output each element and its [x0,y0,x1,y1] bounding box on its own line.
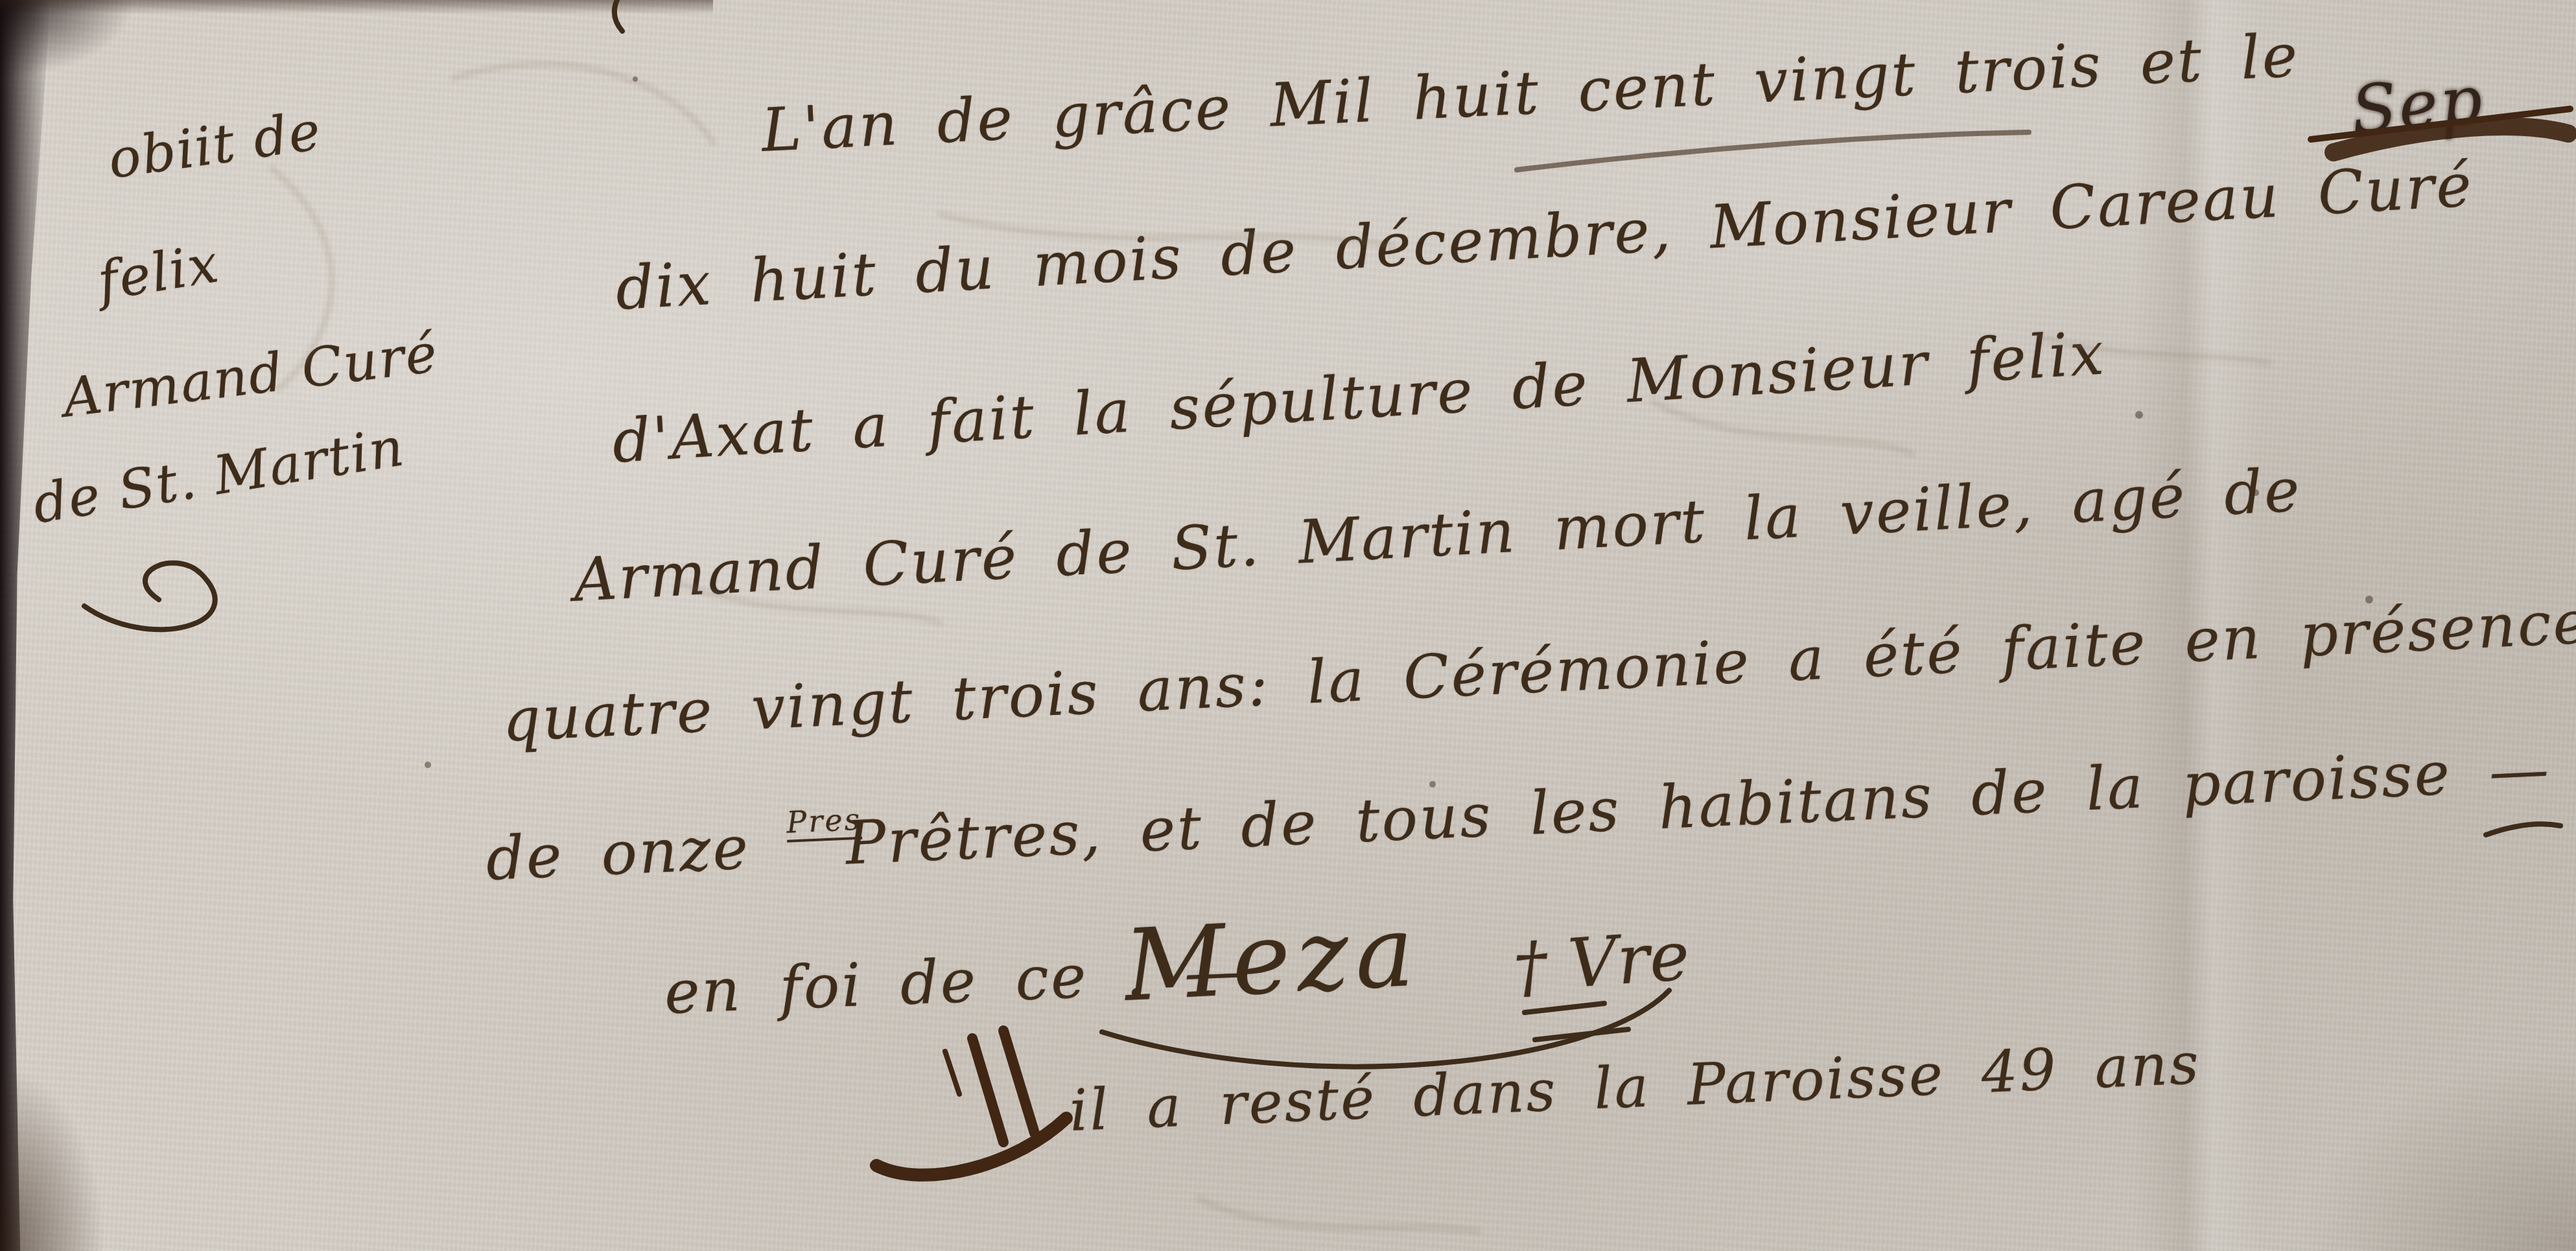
line6-dash [2486,824,2560,835]
line1-ink-drag [1517,132,2029,170]
margin-flourish [84,563,215,629]
signature-underline [1102,990,1669,1067]
pen-flourishes [84,0,2560,1067]
bottom-left-slash-1 [972,1038,1003,1142]
ink-flourishes [0,0,2576,1251]
heavy-ink-marks [876,109,2570,1175]
document-photo: obiit de felix Armand Curé de St. Martin… [0,0,2576,1251]
vre-underline [1525,1003,1604,1012]
bottom-left-tick [945,1051,959,1094]
bottom-left-slash-2 [1003,1031,1035,1133]
top-cutoff-stroke [615,0,622,31]
ink-specks [425,76,2373,788]
show-through-marks [272,64,2269,1232]
